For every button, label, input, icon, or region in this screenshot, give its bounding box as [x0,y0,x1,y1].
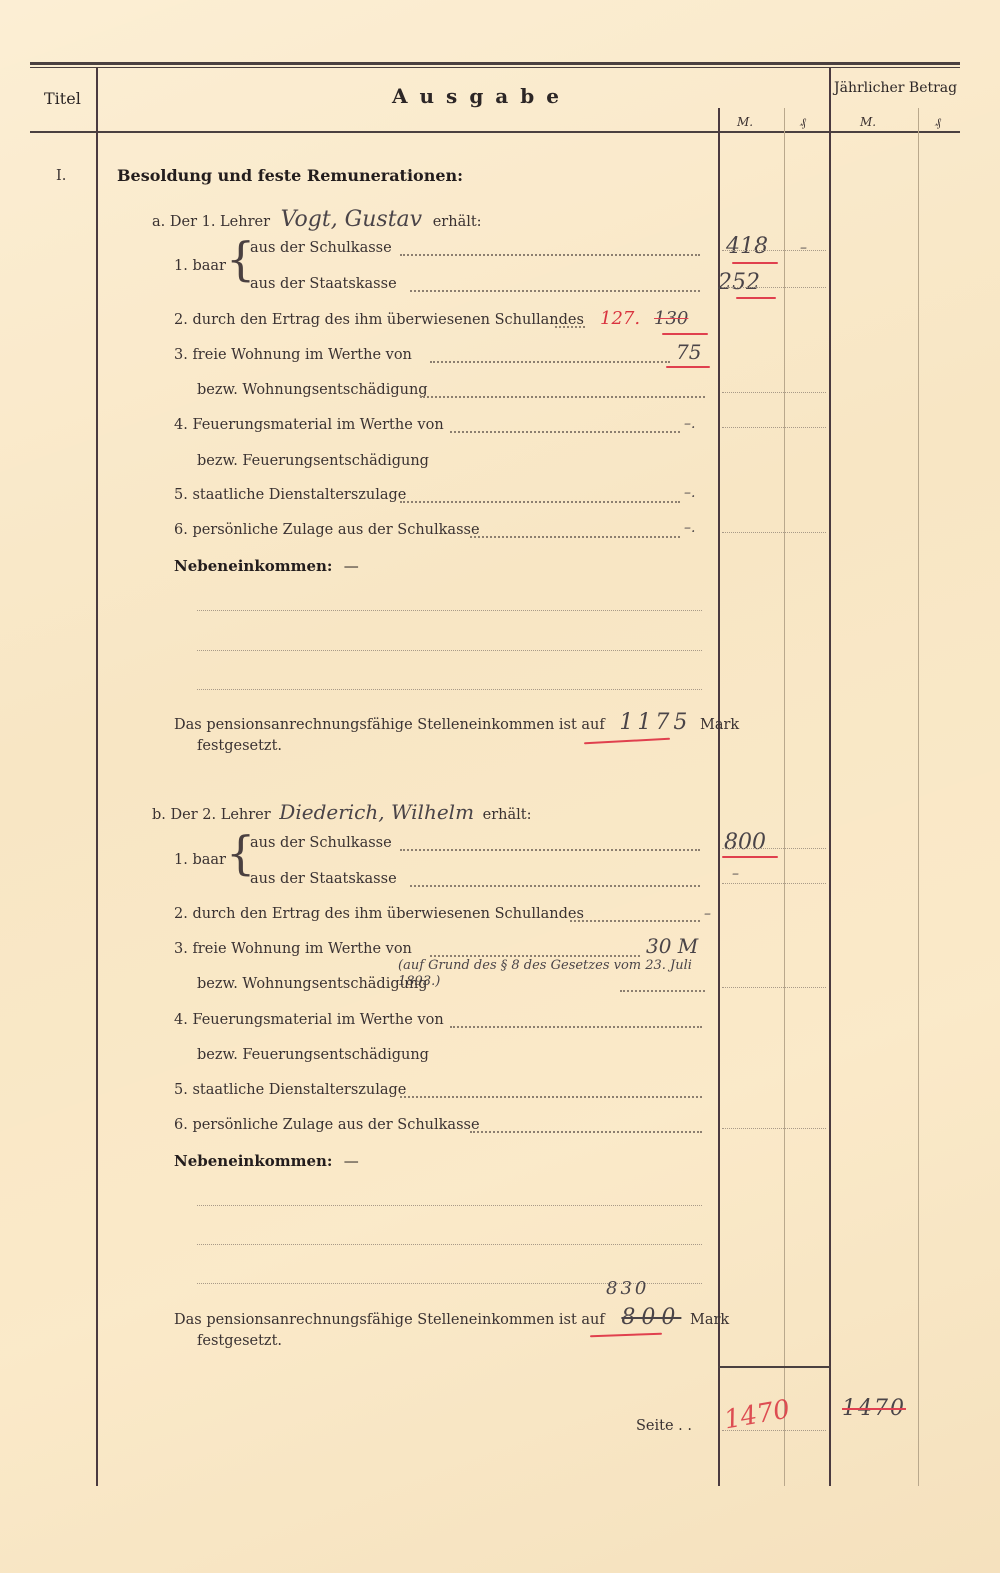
blank-line [197,610,702,611]
section-number: I. [56,168,66,184]
teacher-b-pension-corrected: 830 [606,1278,649,1299]
teacher-a-pension-line: Das pensionsanrechnungsfähige Stellenein… [174,710,739,735]
dot-leader [620,990,705,992]
red-underline [736,297,776,299]
dot-leader [470,1131,702,1133]
teacher-b-item3-note: (auf Grund des § 8 des Gesetzes vom 23. … [398,958,698,990]
annual-column-left [829,68,831,1486]
teacher-a-item2-struck: 130 [654,308,688,329]
red-underline [590,1333,662,1338]
mark-dots [722,532,826,533]
section-heading: Besoldung und feste Remunerationen: [117,166,463,185]
teacher-a-item2-red: 127. [600,308,640,329]
teacher-a-item6-value: –. [684,520,695,536]
top-rule [30,62,960,65]
dot-leader [420,396,705,398]
teacher-a-schulkasse-label: aus der Schulkasse [250,240,392,256]
teacher-b-prefix: b. Der 2. Lehrer [152,807,271,823]
teacher-b-intro: b. Der 2. Lehrer Diederich, Wilhelm erhä… [152,800,532,824]
blank-line [197,650,702,651]
red-underline [732,262,778,264]
teacher-b-item3b-label: bezw. Wohnungsentschädigung [197,976,428,992]
teacher-b-neben-label: Nebeneinkommen: — [174,1152,359,1170]
dot-leader [470,536,680,538]
teacher-a-item4-label: 4. Feuerungsmaterial im Werthe von [174,417,444,433]
teacher-b-item6-label: 6. persönliche Zulage aus der Schulkasse [174,1117,480,1133]
teacher-a-item5-label: 5. staatliche Dienstalterszulage [174,487,406,503]
teacher-b-staatskasse-amount: – [732,866,739,882]
teacher-b-staatskasse-label: aus der Staatskasse [250,871,397,887]
mark-dots [722,392,826,393]
dot-leader [570,920,700,922]
dot-leader [400,849,700,851]
teacher-b-name: Diederich, Wilhelm [279,800,474,824]
top-rule-thin [30,67,960,68]
red-underline [722,856,778,858]
teacher-a-item4-value: –. [684,416,695,432]
dot-leader [410,885,700,887]
blank-line [197,1244,702,1245]
dot-leader [555,326,585,328]
header-bottom-rule [30,131,960,133]
dot-leader [410,290,700,292]
mark-dots [722,987,826,988]
teacher-a-name: Vogt, Gustav [281,207,422,232]
dot-leader [430,361,670,363]
teacher-b-suffix: erhält: [483,807,532,823]
teacher-b-item4-label: 4. Feuerungsmaterial im Werthe von [174,1012,444,1028]
teacher-a-item4b-label: bezw. Feuerungsentschädigung [197,453,429,469]
column-header-title: Titel [44,89,81,108]
mark-dots [722,848,826,849]
teacher-a-intro: a. Der 1. Lehrer Vogt, Gustav erhält: [152,207,482,232]
teacher-a-item6-label: 6. persönliche Zulage aus der Schulkasse [174,522,480,538]
teacher-a-schulkasse-pf: – [800,240,807,256]
teacher-a-neben-label: Nebeneinkommen: — [174,557,359,575]
column-header-main: Ausgabe [392,84,571,108]
teacher-a-pension-amount: 1175 [619,710,691,735]
teacher-b-baar-label: 1. baar [174,852,226,868]
mark-dots [722,287,826,288]
teacher-b-item4b-label: bezw. Feuerungsentschädigung [197,1047,429,1063]
red-underline [662,333,708,335]
teacher-a-item2-label: 2. durch den Ertrag des ihm überwiesenen… [174,312,584,328]
unit-pf-2: ₰ [935,115,941,130]
unit-pf-1: ₰ [800,115,806,130]
mark-dots [722,883,826,884]
teacher-a-baar-label: 1. baar [174,258,226,274]
red-underline [666,366,710,368]
mark-column-left [718,108,720,1486]
pf-column-divider [784,108,785,1486]
teacher-a-item3-label: 3. freie Wohnung im Werthe von [174,347,412,363]
teacher-b-schulkasse-amount: 800 [724,830,766,855]
dot-leader [430,955,640,957]
title-column-divider [96,68,98,1486]
teacher-b-pension-struck: 800 [621,1305,681,1330]
blank-line [197,689,702,690]
annual-amount-struck: 1470 [842,1396,906,1421]
mark-dots [722,1128,826,1129]
teacher-a-prefix: a. Der 1. Lehrer [152,214,270,230]
sum-rule [718,1366,831,1368]
teacher-a-suffix: erhält: [433,214,482,230]
teacher-a-staatskasse-amount: 252 [718,270,760,295]
teacher-a-item3b-label: bezw. Wohnungsentschädigung [197,382,428,398]
unit-mark-2: M. [860,115,876,129]
teacher-b-item5-label: 5. staatliche Dienstalterszulage [174,1082,406,1098]
unit-mark-1: M. [737,115,753,129]
teacher-b-pension-line: Das pensionsanrechnungsfähige Stellenein… [174,1305,729,1330]
dot-leader [400,254,700,256]
dot-leader [400,1096,702,1098]
mark-dots [722,427,826,428]
annual-pf-divider [918,108,919,1486]
teacher-a-schulkasse-amount: 418 [726,234,768,259]
red-underline [584,738,670,744]
dot-leader [450,1026,702,1028]
teacher-a-festgesetzt: festgesetzt. [197,738,282,754]
teacher-a-item5-value: –. [684,485,695,501]
column-header-annual: Jährlicher Betrag [834,80,957,96]
mark-dots [722,250,826,251]
dot-leader [400,501,680,503]
dot-leader [450,431,680,433]
teacher-a-item3-value: 75 [676,340,701,364]
teacher-b-schulkasse-label: aus der Schulkasse [250,835,392,851]
teacher-b-festgesetzt: festgesetzt. [197,1333,282,1349]
teacher-a-staatskasse-label: aus der Staatskasse [250,276,397,292]
seite-label: Seite . . [636,1418,692,1434]
blank-line [197,1205,702,1206]
teacher-b-item3-label: 3. freie Wohnung im Werthe von [174,941,412,957]
teacher-b-item2-value: – [704,906,711,922]
teacher-b-item2-label: 2. durch den Ertrag des ihm überwiesenen… [174,906,584,922]
teacher-b-item3-value: 30 M [646,934,698,958]
